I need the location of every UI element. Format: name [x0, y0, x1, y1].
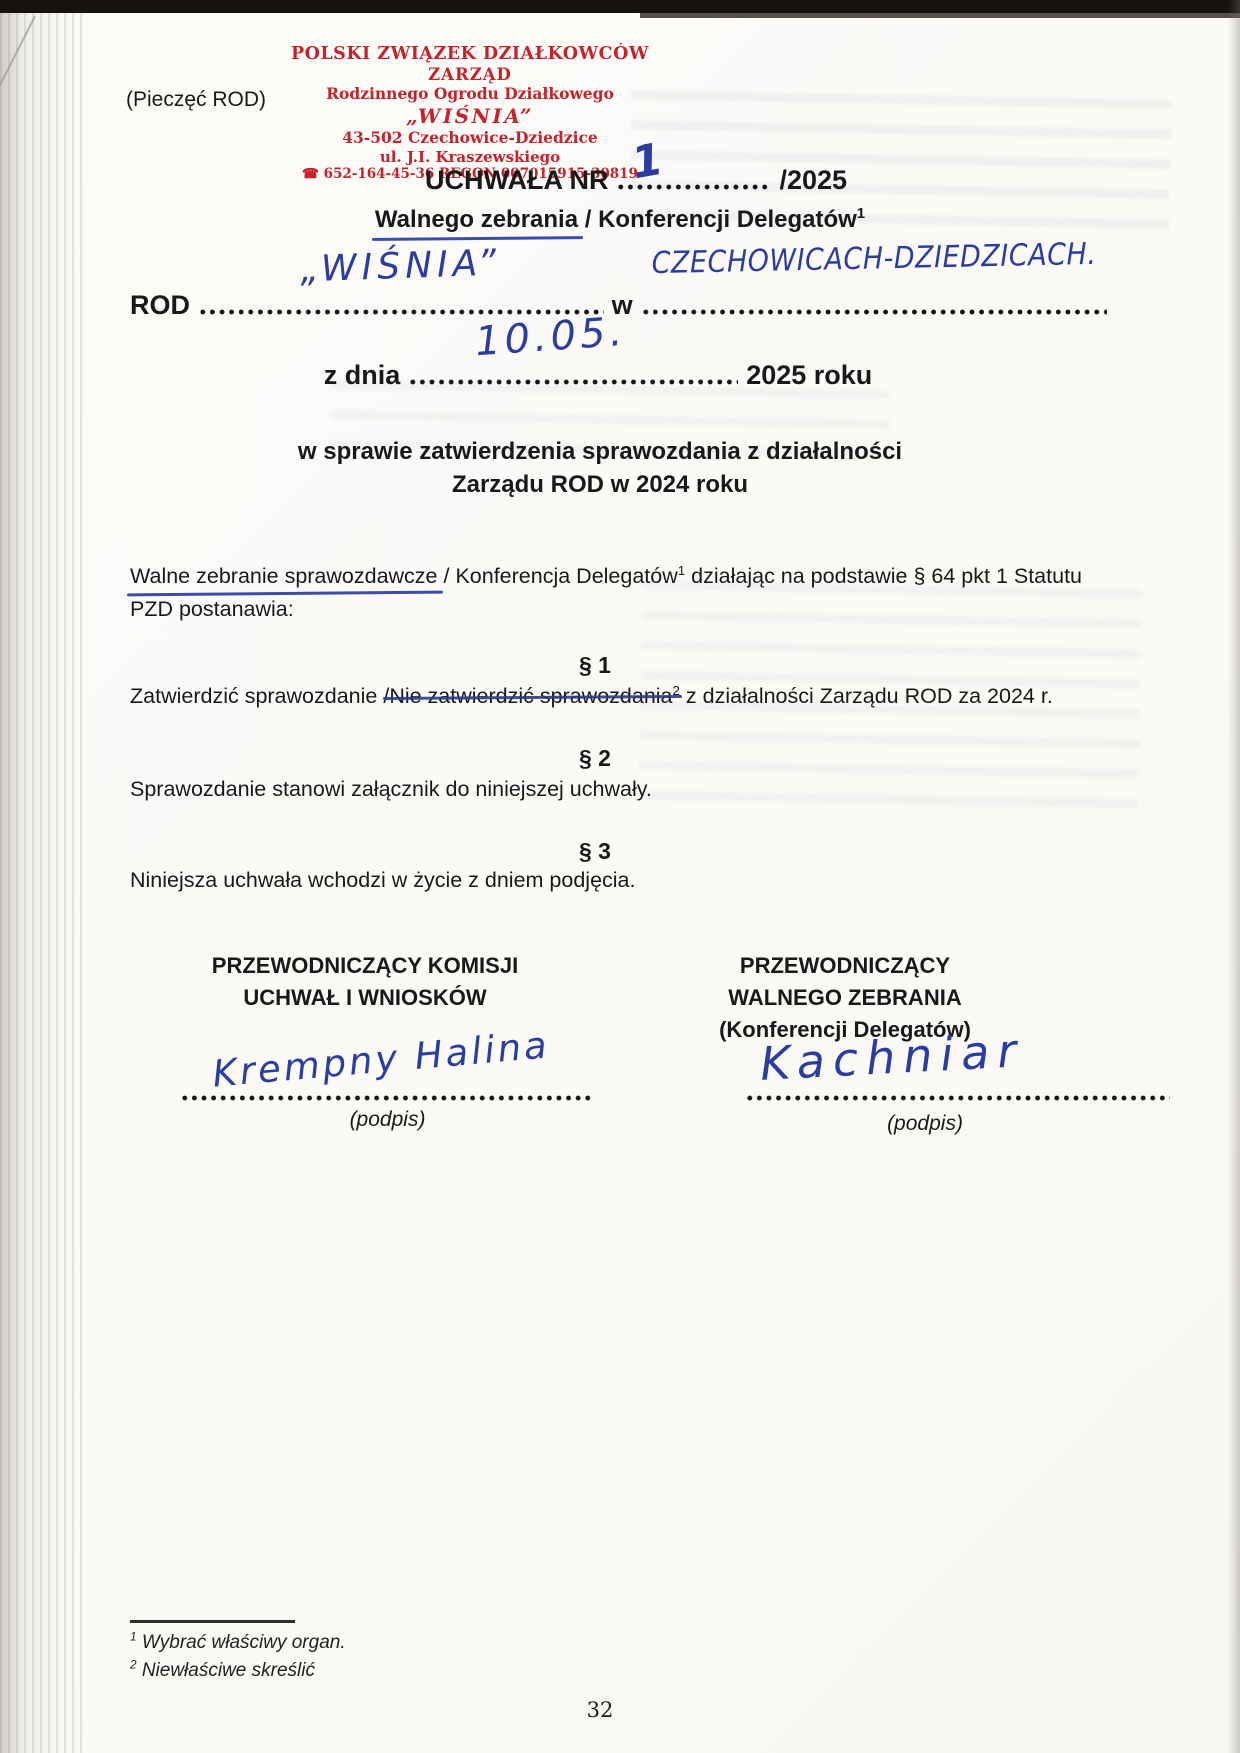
- footnote-2: 2 Niewłaściwe skreślić: [130, 1660, 315, 1682]
- book-binding-edge: [0, 13, 86, 1753]
- signature-left-title: PRZEWODNICZĄCY KOMISJI UCHWAŁ I WNIOSKÓW: [180, 950, 550, 1014]
- date-suffix: 2025 roku: [746, 360, 872, 391]
- intro-rest: / Konferencja Delegatów: [438, 564, 678, 588]
- title-suffix: /2025: [779, 165, 847, 196]
- intro-underlined: Walne zebranie sprawozdawcze: [130, 564, 438, 589]
- signature-right-caption: (podpis): [745, 1112, 1105, 1136]
- signature-left-dotted-line: [180, 1094, 595, 1102]
- stamp-org-line: POLSKI ZWIĄZEK DZIAŁKOWCÓW: [255, 44, 685, 65]
- scan-edge-top: [0, 0, 1240, 13]
- stamp-garden-type-line: Rodzinnego Ogrodu Działkowego: [255, 85, 685, 104]
- stamp-address-line2: ul. J.I. Kraszewskiego: [255, 148, 685, 166]
- title-prefix: UCHWAŁA NR: [425, 165, 608, 196]
- footnote-1-text: Wybrać właściwy organ.: [142, 1632, 346, 1653]
- footnote-2-text: Niewłaściwe skreślić: [142, 1660, 315, 1681]
- scanned-document-page: (Pieczęć ROD) POLSKI ZWIĄZEK DZIAŁKOWCÓW…: [0, 0, 1240, 1753]
- intro-rest2: działając na podstawie § 64 pkt 1 Statut…: [685, 564, 1082, 588]
- s1-pre: Zatwierdzić sprawozdanie /: [130, 684, 389, 708]
- dotted-line: [641, 308, 1107, 316]
- stamp-board-line: ZARZĄD: [255, 65, 685, 85]
- section-3-header: § 3: [0, 838, 1190, 865]
- resolution-title-row: UCHWAŁA NR /2025: [16, 165, 1240, 196]
- subtitle-underlined: Walnego zebrania: [375, 206, 578, 234]
- scan-edge-right: [1228, 0, 1240, 1753]
- s1-struck-option: Nie zatwierdzić sprawozdania2: [389, 684, 680, 708]
- dotted-line: [408, 378, 738, 386]
- stamp-garden-name: „WIŚNIA”: [255, 104, 685, 128]
- section-3-text: Niniejsza uchwała wchodzi w życie z dnie…: [130, 868, 635, 893]
- subtitle-footnote-marker: 1: [857, 206, 865, 222]
- subject-line1: w sprawie zatwierdzenia sprawozdania z d…: [0, 438, 1200, 466]
- s1-post: z działalności Zarządu ROD za 2024 r.: [680, 684, 1053, 708]
- page-number: 32: [0, 1698, 1200, 1722]
- section-2-text: Sprawozdanie stanowi załącznik do niniej…: [130, 777, 652, 802]
- intro-paragraph-line1: Walne zebranie sprawozdawcze / Konferenc…: [130, 564, 1140, 589]
- handwritten-date: 10.05.: [474, 309, 628, 365]
- date-row: z dnia 2025 roku: [0, 360, 1218, 391]
- sig-right-line1: PRZEWODNICZĄCY: [660, 950, 1030, 982]
- footnote-1-marker: 1: [130, 1631, 137, 1644]
- handwritten-signature-left: Krempny Halina: [211, 1023, 552, 1095]
- date-prefix: z dnia: [324, 360, 401, 391]
- pieczec-label: (Pieczęć ROD): [126, 88, 266, 112]
- subject-line2: Zarządu ROD w 2024 roku: [0, 471, 1200, 499]
- rod-label: ROD: [130, 290, 190, 321]
- sig-left-line1: PRZEWODNICZĄCY KOMISJI: [180, 950, 550, 982]
- sig-left-line2: UCHWAŁ I WNIOSKÓW: [180, 982, 550, 1014]
- section-1-header: § 1: [0, 652, 1190, 679]
- handwritten-rod-name: „WIŚNIA”: [299, 243, 501, 291]
- stamp-address-line1: 43-502 Czechowice-Dziedzice: [255, 129, 685, 148]
- resolution-subtitle: Walnego zebrania / Konferencji Delegatów…: [0, 206, 1240, 234]
- sig-right-line2: WALNEGO ZEBRANIA: [660, 982, 1030, 1014]
- subtitle-rest: / Konferencji Delegatów: [578, 206, 857, 233]
- handwritten-city: CZECHOWICACH-DZIEDZICACH.: [651, 237, 1096, 281]
- footnote-1: 1 Wybrać właściwy organ.: [130, 1632, 346, 1654]
- rod-rubber-stamp: POLSKI ZWIĄZEK DZIAŁKOWCÓW ZARZĄD Rodzin…: [255, 44, 685, 182]
- intro-paragraph-line2: PZD postanawia:: [130, 597, 294, 622]
- footnote-rule: [130, 1620, 295, 1623]
- footnote-2-marker: 2: [130, 1659, 137, 1672]
- signature-left-caption: (podpis): [180, 1108, 595, 1132]
- scan-edge-top-shadow: [640, 13, 1240, 18]
- section-1-text: Zatwierdzić sprawozdanie /Nie zatwierdzi…: [130, 684, 1150, 709]
- section-2-header: § 2: [0, 745, 1190, 772]
- signature-right-dotted-line: [745, 1094, 1170, 1102]
